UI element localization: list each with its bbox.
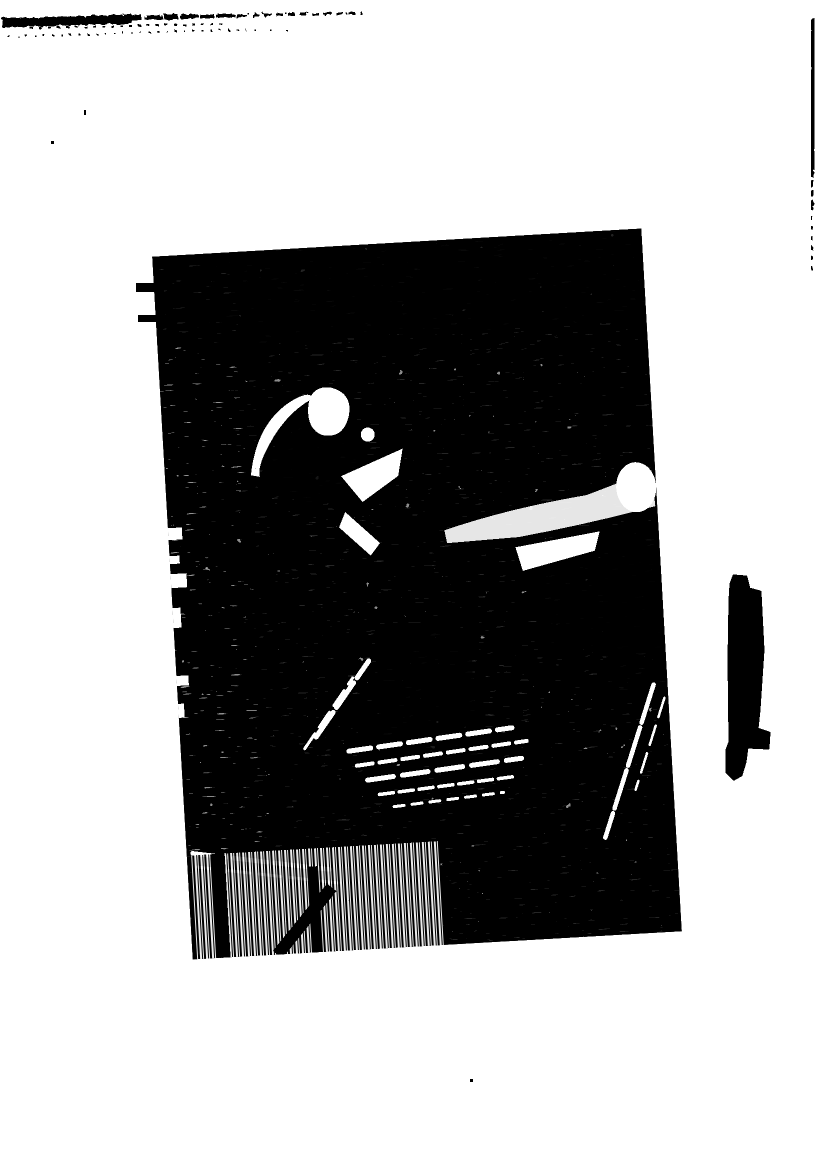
toner-speck bbox=[470, 1079, 473, 1082]
toner-speck bbox=[51, 141, 54, 144]
right-edge-scan-line bbox=[790, 0, 826, 300]
black-dither-layer bbox=[152, 228, 682, 959]
toner-speck bbox=[84, 110, 86, 115]
scanned-page bbox=[0, 0, 826, 1169]
halftone-dog-photo bbox=[152, 228, 682, 959]
ink-blob-mark bbox=[715, 565, 785, 790]
top-toner-streak bbox=[0, 0, 826, 70]
